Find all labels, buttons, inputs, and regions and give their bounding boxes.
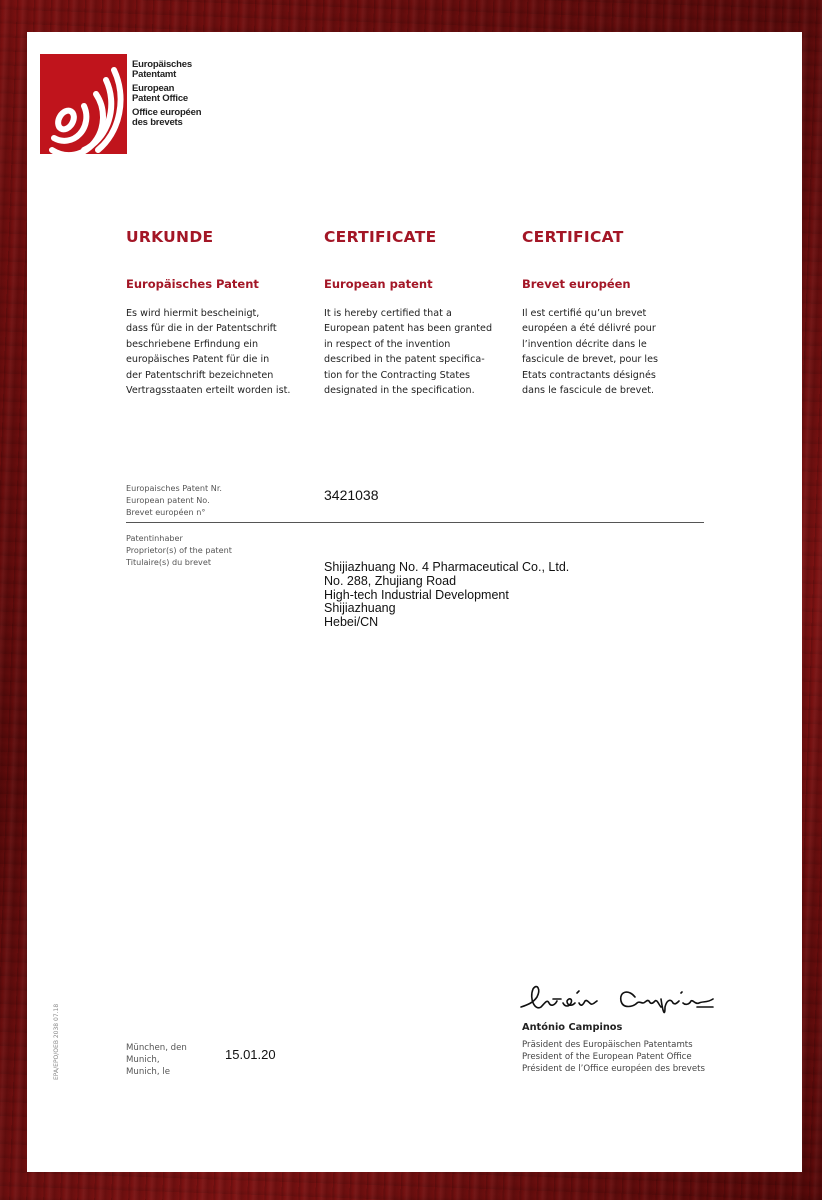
- heading-french: CERTIFICAT: [522, 228, 717, 250]
- heading-german: URKUNDE: [126, 228, 321, 250]
- logo-text-en-2: Patent Office: [132, 94, 201, 104]
- form-code: EPA/EPO/OEB 2038 07.18: [53, 1004, 60, 1080]
- logo-text-de-2: Patentamt: [132, 70, 201, 80]
- body-french: Il est certifié qu’un brevet européen a …: [522, 306, 717, 398]
- patent-number: 3421038: [324, 487, 379, 503]
- proprietor-line: Shijiazhuang No. 4 Pharmaceutical Co., L…: [324, 561, 569, 575]
- proprietor-line: Hebei/CN: [324, 616, 569, 630]
- proprietor-line: Shijiazhuang: [324, 602, 569, 616]
- proprietor-address: Shijiazhuang No. 4 Pharmaceutical Co., L…: [324, 561, 569, 630]
- signer-title: Präsident des Europäischen Patentamts Pr…: [522, 1040, 705, 1075]
- signer-name: António Campinos: [522, 1022, 622, 1033]
- signature: [517, 977, 727, 1026]
- column-french: CERTIFICAT Brevet européen Il est certif…: [522, 228, 717, 398]
- proprietor-label: Patentinhaber Proprietor(s) of the paten…: [126, 533, 232, 568]
- heading-english: CERTIFICATE: [324, 228, 519, 250]
- proprietor-line: No. 288, Zhujiang Road: [324, 575, 569, 589]
- subheading-german: Europäisches Patent: [126, 277, 321, 293]
- epo-logo-icon: [40, 54, 127, 154]
- epo-logo: [40, 54, 127, 154]
- certificate-page: Europäisches Patentamt European Patent O…: [27, 32, 802, 1172]
- epo-logo-text: Europäisches Patentamt European Patent O…: [132, 60, 201, 132]
- issue-date: 15.01.20: [225, 1047, 276, 1062]
- subheading-french: Brevet européen: [522, 277, 717, 293]
- column-german: URKUNDE Europäisches Patent Es wird hier…: [126, 228, 321, 398]
- subheading-english: European patent: [324, 277, 519, 293]
- body-english: It is hereby certified that a European p…: [324, 306, 519, 398]
- column-english: CERTIFICATE European patent It is hereby…: [324, 228, 519, 398]
- handwritten-signature-icon: [517, 977, 727, 1022]
- divider: [126, 522, 704, 523]
- proprietor-line: High-tech Industrial Development: [324, 589, 569, 603]
- body-german: Es wird hiermit bescheinigt, dass für di…: [126, 306, 321, 398]
- logo-text-fr-2: des brevets: [132, 118, 201, 128]
- place-label: München, den Munich, Munich, le: [126, 1043, 187, 1078]
- patent-number-label: Europaisches Patent Nr. European patent …: [126, 483, 222, 518]
